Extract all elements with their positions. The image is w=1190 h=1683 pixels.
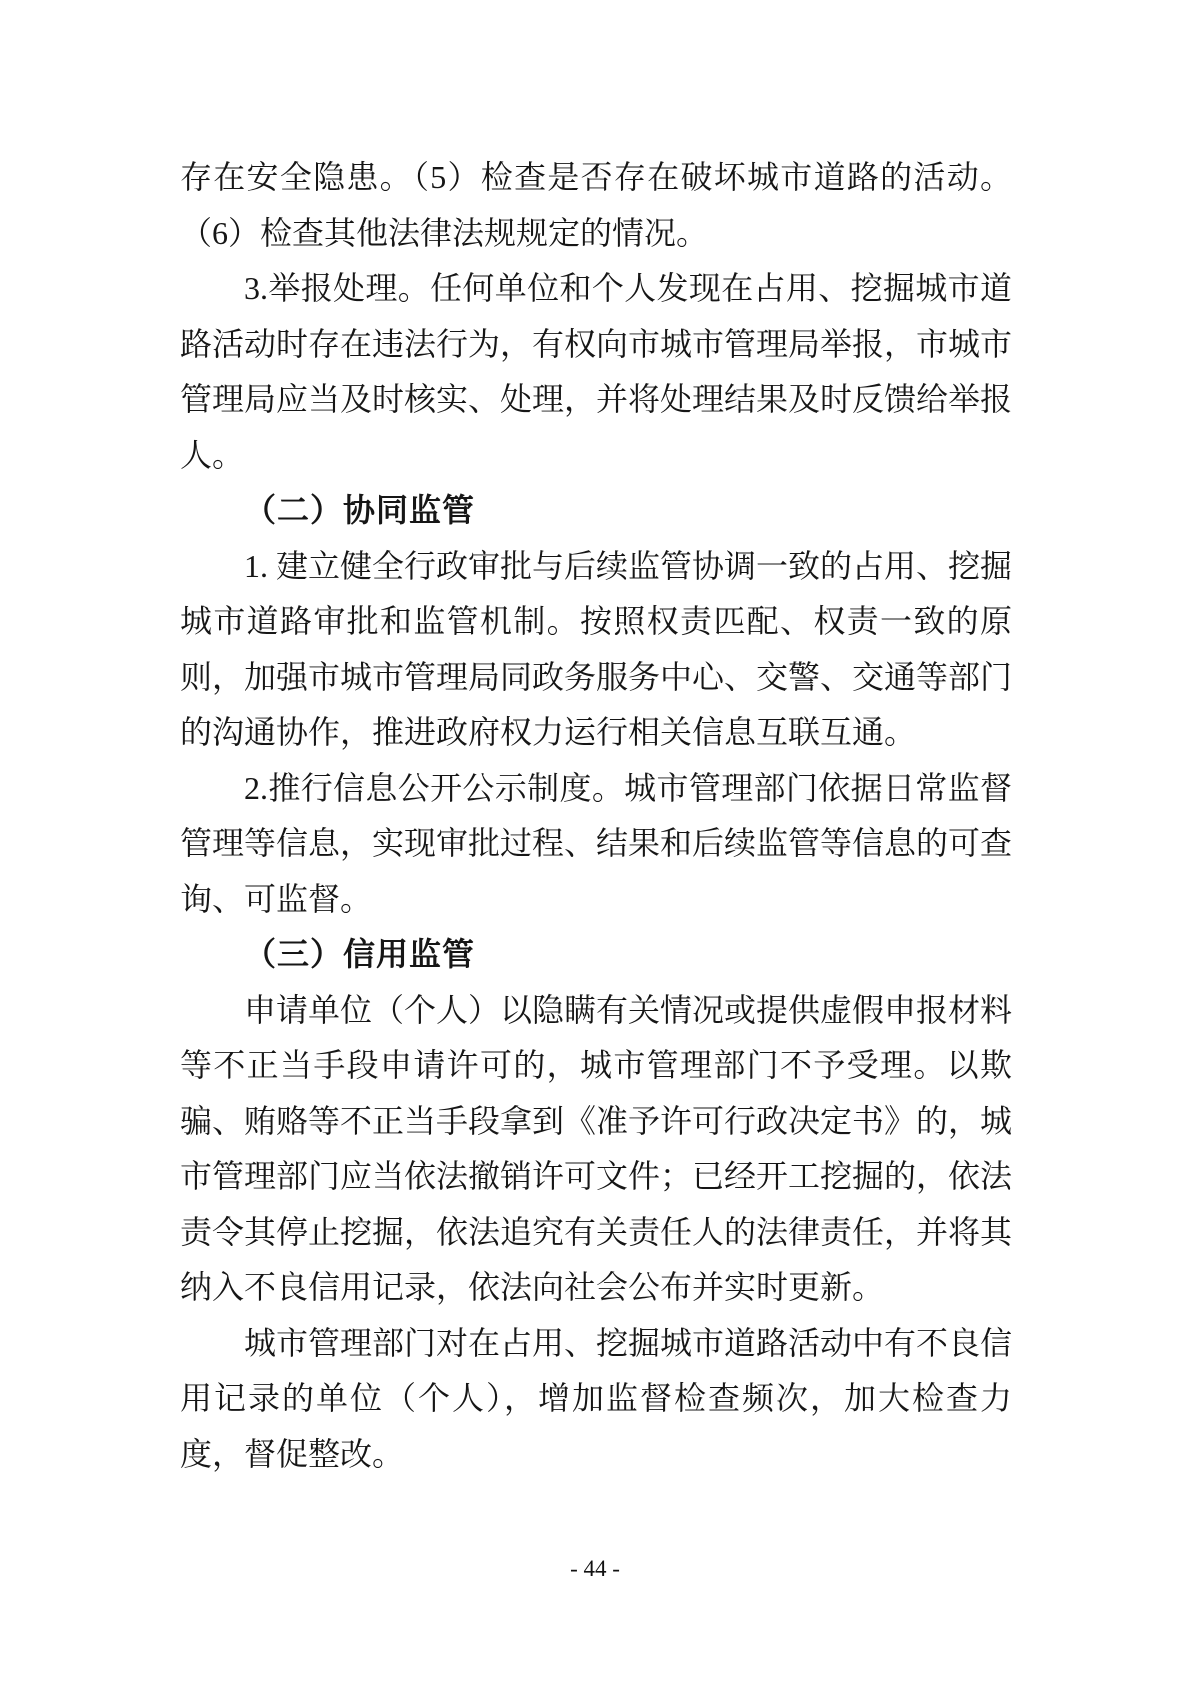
- paragraph: 城市管理部门对在占用、挖掘城市道路活动中有不良信用记录的单位（个人），增加监督检…: [180, 1316, 1012, 1483]
- section-heading: （二）协同监管: [180, 483, 1012, 539]
- document-body: 存在安全隐患。（5）检查是否存在破坏城市道路的活动。（6）检查其他法律法规规定的…: [180, 150, 1012, 1482]
- document-page: 存在安全隐患。（5）检查是否存在破坏城市道路的活动。（6）检查其他法律法规规定的…: [0, 0, 1190, 1683]
- page-number: - 44 -: [570, 1556, 620, 1581]
- paragraph: 1. 建立健全行政审批与后续监管协调一致的占用、挖掘城市道路审批和监管机制。按照…: [180, 539, 1012, 761]
- section-heading: （三）信用监管: [180, 927, 1012, 983]
- paragraph: 申请单位（个人）以隐瞒有关情况或提供虚假申报材料等不正当手段申请许可的，城市管理…: [180, 983, 1012, 1316]
- paragraph: 2.推行信息公开公示制度。城市管理部门依据日常监督管理等信息，实现审批过程、结果…: [180, 761, 1012, 928]
- paragraph: 存在安全隐患。（5）检查是否存在破坏城市道路的活动。（6）检查其他法律法规规定的…: [180, 150, 1012, 261]
- paragraph: 3.举报处理。任何单位和个人发现在占用、挖掘城市道路活动时存在违法行为，有权向市…: [180, 261, 1012, 483]
- page-footer: - 44 -: [0, 1556, 1190, 1582]
